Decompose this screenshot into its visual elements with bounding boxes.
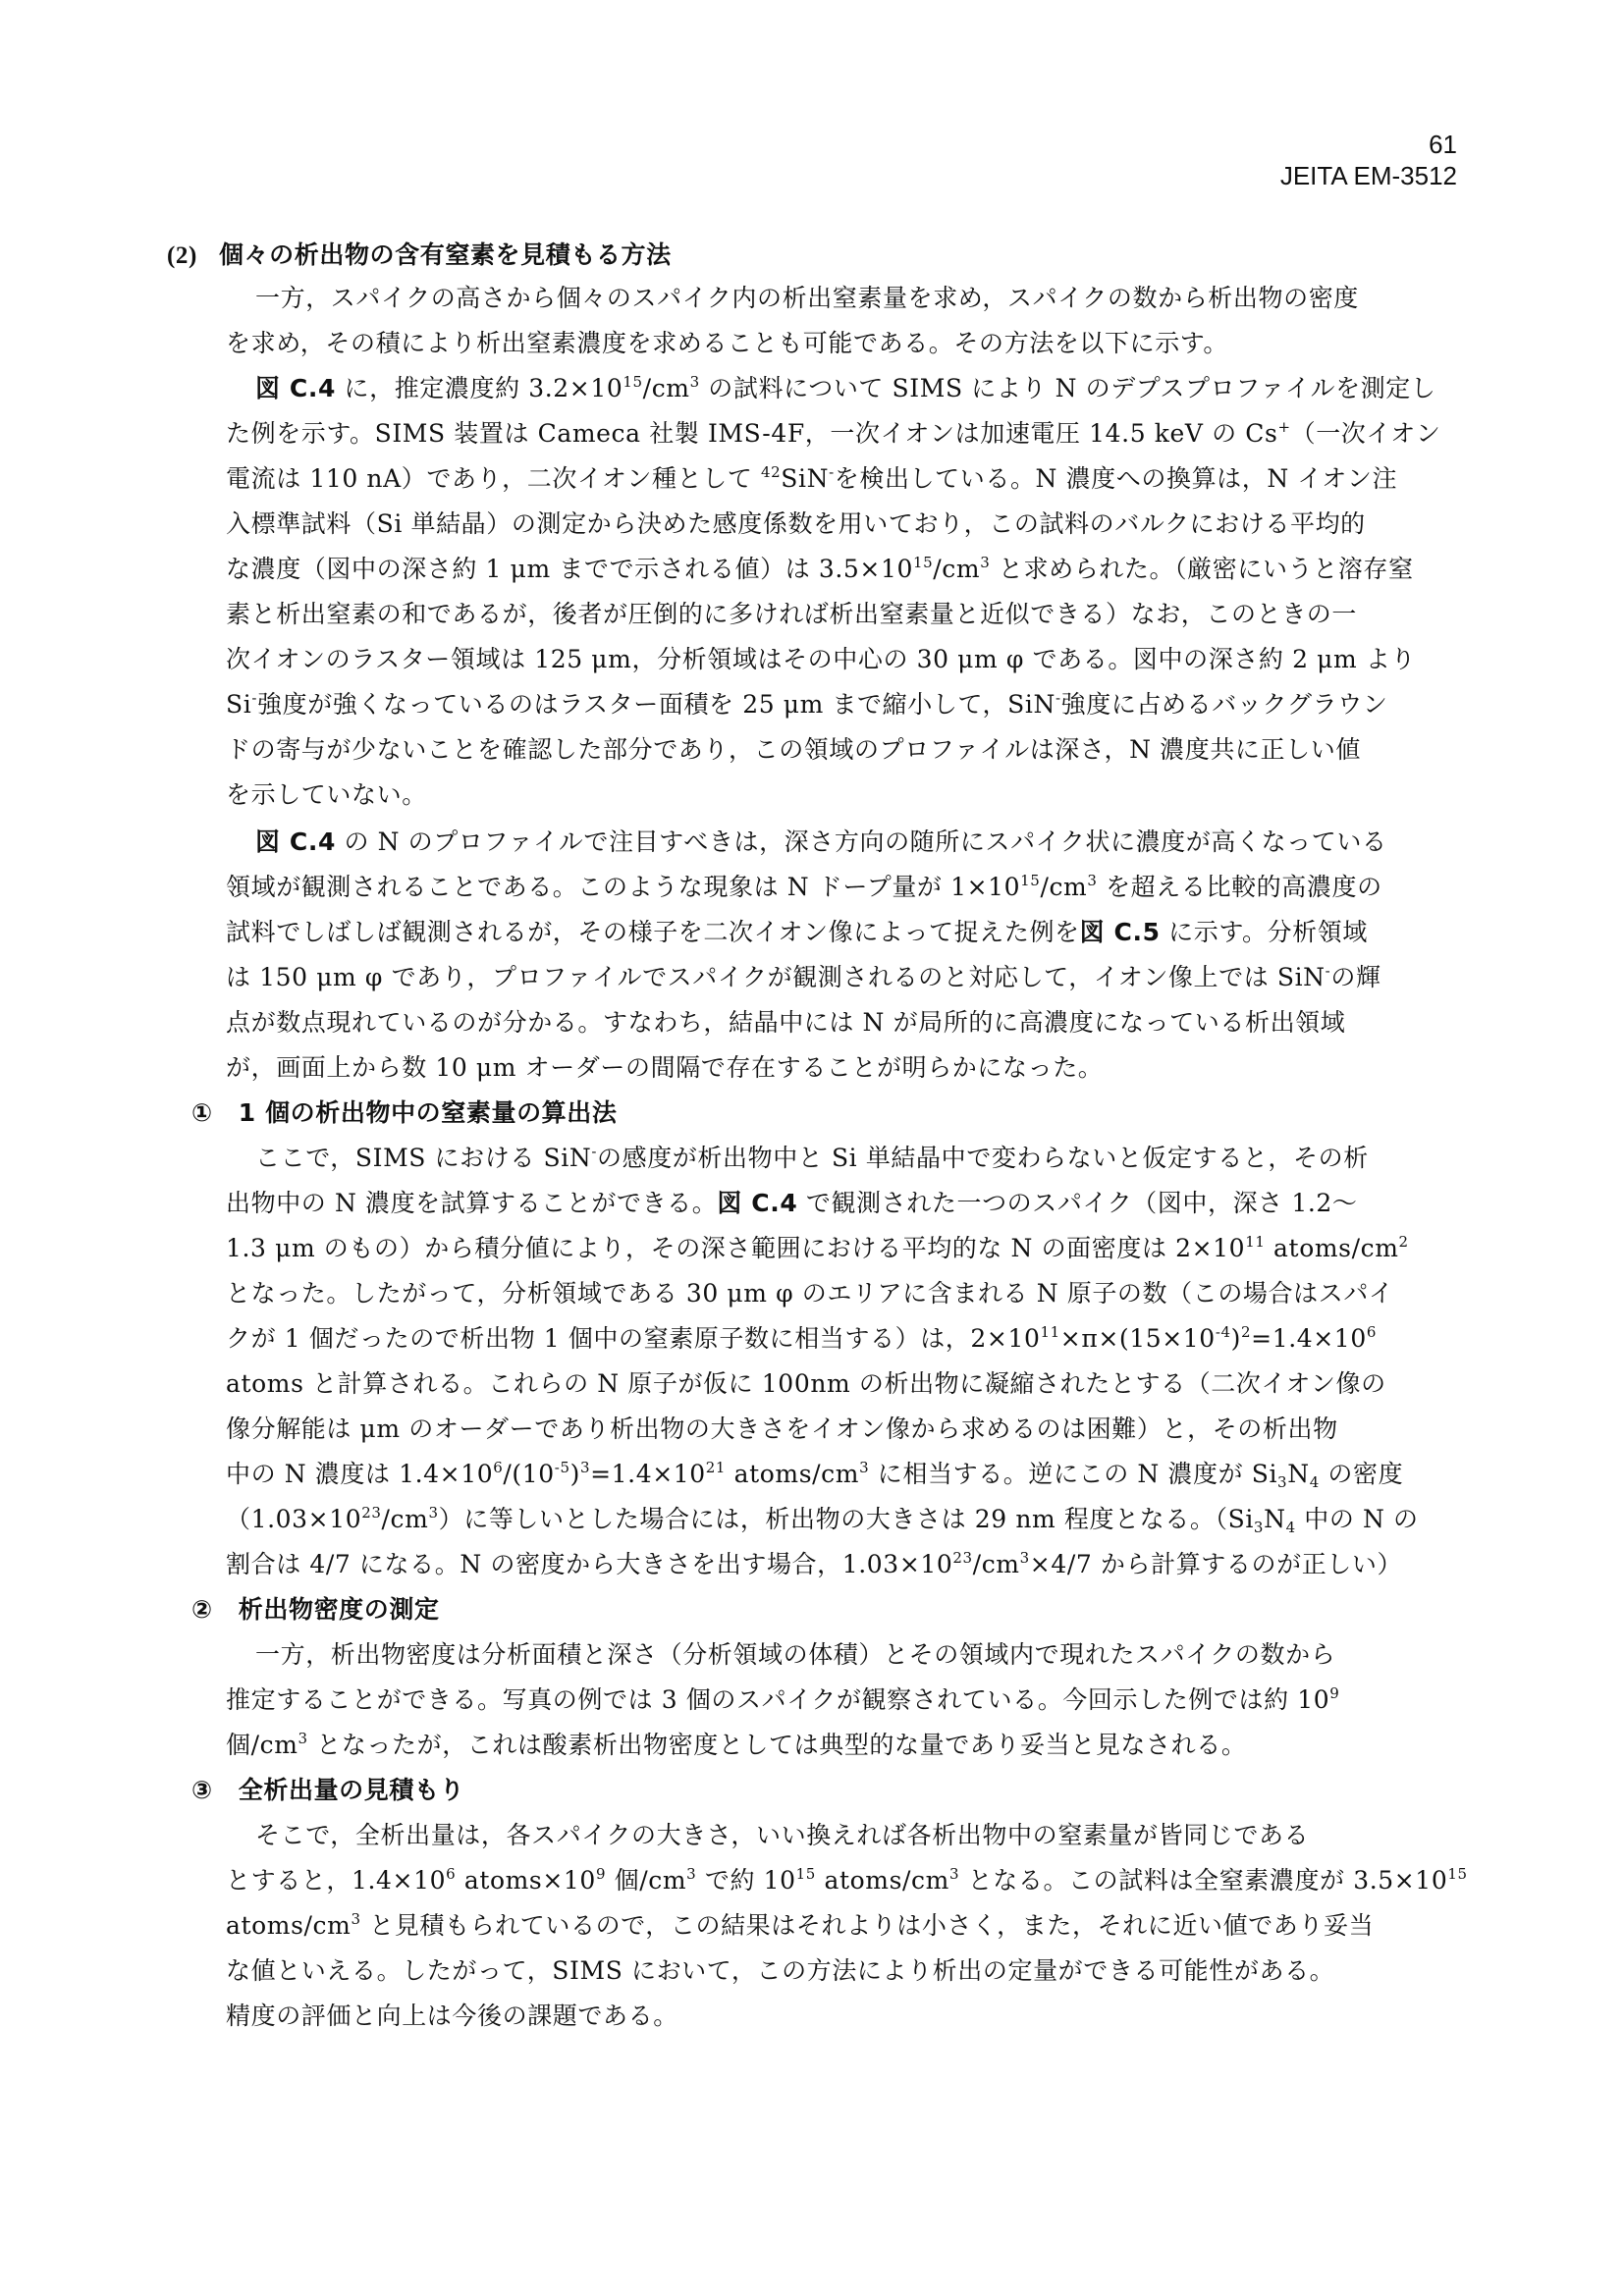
heading-label: 1 個の析出物中の窒素量の算出法 bbox=[239, 1098, 618, 1127]
text-run: を超える比較的高濃度の bbox=[1098, 873, 1382, 901]
text-line: クが 1 個だったので析出物 1 個中の窒素原子数に相当する）は，2×1011×… bbox=[226, 1319, 1377, 1359]
superscript: 23 bbox=[361, 1504, 381, 1522]
document-id: JEITA EM-3512 bbox=[1280, 159, 1457, 192]
text-run: ドの寄与が少ないことを確認した部分であり，この領域のプロファイルは深さ，N 濃度… bbox=[226, 735, 1361, 764]
text-line: 試料でしばしば観測されるが，その様子を二次イオン像によって捉えた例を図 C.5 … bbox=[226, 913, 1368, 952]
text-line: 像分解能は μm のオーダーであり析出物の大きさをイオン像から求めるのは困難）と… bbox=[226, 1410, 1338, 1449]
text-run: 像分解能は μm のオーダーであり析出物の大きさをイオン像から求めるのは困難）と… bbox=[226, 1415, 1338, 1443]
subscript: 4 bbox=[1286, 1519, 1296, 1536]
superscript: 3 bbox=[428, 1504, 438, 1522]
text-run: 個/cm bbox=[226, 1731, 298, 1759]
text-line: 割合は 4/7 になる。N の密度から大きさを出す場合，1.03×1023/cm… bbox=[226, 1545, 1402, 1584]
text-line: な値といえる。したがって，SIMS において，この方法により析出の定量ができる可… bbox=[226, 1951, 1334, 1991]
text-line: 素と析出窒素の和であるが，後者が圧倒的に多ければ析出窒素量と近似できる）なお，こ… bbox=[226, 595, 1357, 634]
text-run: （一次イオン bbox=[1291, 419, 1441, 448]
text-line: 一方，析出物密度は分析面積と深さ（分析領域の体積）とその領域内で現れたスパイクの… bbox=[255, 1635, 1335, 1675]
text-line: とすると，1.4×106 atoms×109 個/cm3 で約 1015 ato… bbox=[226, 1861, 1468, 1900]
superscript: 3 bbox=[686, 1865, 696, 1883]
superscript: -5 bbox=[555, 1459, 570, 1476]
superscript: 11 bbox=[1245, 1233, 1265, 1251]
superscript: -4 bbox=[1216, 1323, 1231, 1341]
text-run: 試料でしばしば観測されるが，その様子を二次イオン像によって捉えた例を bbox=[226, 918, 1080, 946]
heading-label: 全析出量の見積もり bbox=[239, 1776, 464, 1804]
text-line: が，画面上から数 10 μm オーダーの間隔で存在することが明らかになった。 bbox=[226, 1048, 1103, 1088]
text-run: と求められた。（厳密にいうと溶存窒 bbox=[990, 555, 1413, 583]
superscript: 21 bbox=[706, 1459, 726, 1476]
text-run: 1.3 μm のもの）から積分値により，その深さ範囲における平均的な N の面密… bbox=[226, 1234, 1245, 1262]
text-run: （1.03×10 bbox=[226, 1505, 361, 1533]
heading-number: ① bbox=[191, 1098, 213, 1127]
text-line: そこで，全析出量は，各スパイクの大きさ，いい換えれば各析出物中の窒素量が皆同じで… bbox=[255, 1816, 1309, 1855]
superscript: 2 bbox=[1399, 1233, 1409, 1251]
text-run: 中の N 濃度は 1.4×10 bbox=[226, 1460, 493, 1488]
text-run: /cm bbox=[973, 1550, 1020, 1578]
text-run: を求め，その積により析出窒素濃度を求めることも可能である。その方法を以下に示す。 bbox=[226, 329, 1228, 357]
text-line: となった。したがって，分析領域である 30 μm φ のエリアに含まれる N 原… bbox=[226, 1274, 1394, 1313]
superscript: 15 bbox=[1447, 1865, 1467, 1883]
text-line: atoms/cm3 と見積もられているので，この結果はそれよりは小さく，また，そ… bbox=[226, 1906, 1374, 1946]
superscript: 3 bbox=[690, 373, 700, 391]
text-run: 個/cm bbox=[606, 1866, 686, 1895]
text-run: N bbox=[1264, 1505, 1285, 1533]
text-run: ) bbox=[570, 1460, 580, 1488]
text-line: を求め，その積により析出窒素濃度を求めることも可能である。その方法を以下に示す。 bbox=[226, 324, 1228, 363]
text-run: とすると，1.4×10 bbox=[226, 1866, 446, 1895]
superscript: 3 bbox=[298, 1730, 308, 1747]
text-run: は 150 μm φ であり，プロファイルでスパイクが観測されるのと対応して，イ… bbox=[226, 963, 1326, 991]
superscript: 9 bbox=[596, 1865, 606, 1883]
superscript: 42 bbox=[761, 463, 781, 481]
text-run: SiN bbox=[781, 464, 829, 493]
text-run: /cm bbox=[933, 555, 980, 583]
text-run: の試料について SIMS により N のデプスプロファイルを測定し bbox=[700, 374, 1436, 402]
text-run: に相当する。逆にこの N 濃度が Si bbox=[869, 1460, 1277, 1488]
text-run: の N のプロファイルで注目すべきは，深さ方向の随所にスパイク状に濃度が高くなっ… bbox=[336, 828, 1387, 856]
superscript: 3 bbox=[1020, 1549, 1030, 1567]
text-run: ここで，SIMS における SiN bbox=[255, 1144, 591, 1172]
text-run: atoms×10 bbox=[456, 1866, 596, 1895]
text-run: を示していない。 bbox=[226, 780, 427, 809]
figure-reference: 図 C.4 bbox=[255, 374, 336, 402]
heading-number: ③ bbox=[191, 1776, 213, 1804]
subsection-heading: ①1 個の析出物中の窒素量の算出法 bbox=[191, 1094, 617, 1133]
text-run: 精度の評価と向上は今後の課題である。 bbox=[226, 2002, 678, 2030]
text-run: ) bbox=[1231, 1324, 1241, 1353]
superscript: 3 bbox=[1087, 872, 1097, 889]
text-run: /(10 bbox=[503, 1460, 554, 1488]
text-run: =1.4×10 bbox=[1251, 1324, 1367, 1353]
superscript: 15 bbox=[623, 373, 642, 391]
text-run: atoms/cm bbox=[226, 1911, 351, 1940]
text-run: /cm bbox=[382, 1505, 429, 1533]
heading-label: 個々の析出物の含有窒素を見積もる方法 bbox=[219, 240, 672, 269]
text-line: 図 C.4 の N のプロファイルで注目すべきは，深さ方向の随所にスパイク状に濃… bbox=[255, 823, 1387, 862]
text-run: に示す。分析領域 bbox=[1161, 918, 1368, 946]
superscript: 15 bbox=[913, 554, 933, 571]
text-run: で約 10 bbox=[696, 1866, 795, 1895]
text-line: 出物中の N 濃度を試算することができる。図 C.4 で観測された一つのスパイク… bbox=[226, 1184, 1357, 1223]
text-line: は 150 μm φ であり，プロファイルでスパイクが観測されるのと対応して，イ… bbox=[226, 958, 1381, 997]
text-run: と見積もられているので，この結果はそれよりは小さく，また，それに近い値であり妥当 bbox=[361, 1911, 1375, 1940]
superscript: 3 bbox=[859, 1459, 869, 1476]
superscript: 3 bbox=[351, 1910, 360, 1928]
figure-reference: 図 C.4 bbox=[717, 1189, 797, 1217]
text-run: た例を示す。SIMS 装置は Cameca 社製 IMS-4F，一次イオンは加速… bbox=[226, 419, 1277, 448]
text-run: で観測された一つのスパイク（図中，深さ 1.2～ bbox=[797, 1189, 1357, 1217]
text-run: 点が数点現れているのが分かる。すなわち，結晶中には N が局所的に高濃度になって… bbox=[226, 1008, 1345, 1037]
subsection-heading: ②析出物密度の測定 bbox=[191, 1590, 440, 1629]
text-run: 領域が観測されることである。このような現象は N ドープ量が 1×10 bbox=[226, 873, 1020, 901]
subscript: 3 bbox=[1277, 1473, 1287, 1491]
text-run: 素と析出窒素の和であるが，後者が圧倒的に多ければ析出窒素量と近似できる）なお，こ… bbox=[226, 600, 1357, 628]
text-run: が，画面上から数 10 μm オーダーの間隔で存在することが明らかになった。 bbox=[226, 1053, 1103, 1082]
superscript: 3 bbox=[980, 554, 990, 571]
text-run: な値といえる。したがって，SIMS において，この方法により析出の定量ができる可… bbox=[226, 1956, 1334, 1985]
text-run: 電流は 110 nA）であり，二次イオン種として bbox=[226, 464, 761, 493]
text-run: N bbox=[1287, 1460, 1309, 1488]
text-run: に，推定濃度約 3.2×10 bbox=[336, 374, 623, 402]
text-line: な濃度（図中の深さ約 1 μm までで示される値）は 3.5×1015/cm3 … bbox=[226, 550, 1414, 589]
text-run: 割合は 4/7 になる。N の密度から大きさを出す場合，1.03×10 bbox=[226, 1550, 952, 1578]
text-line: 一方，スパイクの高さから個々のスパイク内の析出窒素量を求め，スパイクの数から析出… bbox=[255, 279, 1359, 318]
heading-number: ② bbox=[191, 1595, 213, 1624]
text-run: /cm bbox=[643, 374, 690, 402]
text-run: そこで，全析出量は，各スパイクの大きさ，いい換えれば各析出物中の窒素量が皆同じで… bbox=[255, 1821, 1309, 1849]
text-line: 入標準試料（Si 単結晶）の測定から決めた感度係数を用いており，この試料のバルク… bbox=[226, 505, 1366, 544]
text-run: の輝 bbox=[1330, 963, 1380, 991]
text-run: atoms/cm bbox=[1266, 1234, 1399, 1262]
figure-reference: 図 C.5 bbox=[1080, 918, 1161, 946]
text-line: 中の N 濃度は 1.4×106/(10-5)3=1.4×1021 atoms/… bbox=[226, 1455, 1403, 1494]
text-line: atoms と計算される。これらの N 原子が仮に 100nm の析出物に凝縮さ… bbox=[226, 1364, 1386, 1404]
text-line: を示していない。 bbox=[226, 775, 427, 815]
text-line: 領域が観測されることである。このような現象は N ドープ量が 1×1015/cm… bbox=[226, 868, 1382, 907]
superscript: 6 bbox=[446, 1865, 456, 1883]
superscript: 23 bbox=[952, 1549, 972, 1567]
text-run: atoms/cm bbox=[816, 1866, 949, 1895]
superscript: 6 bbox=[493, 1459, 503, 1476]
text-run: /cm bbox=[1040, 873, 1087, 901]
subsection-heading: ③全析出量の見積もり bbox=[191, 1771, 464, 1810]
text-run: 推定することができる。写真の例では 3 個のスパイクが観察されている。今回示した… bbox=[226, 1685, 1329, 1714]
superscript: 2 bbox=[1241, 1323, 1251, 1341]
text-run: ×4/7 から計算するのが正しい） bbox=[1030, 1550, 1402, 1578]
superscript: 15 bbox=[1020, 872, 1040, 889]
text-run: atoms と計算される。これらの N 原子が仮に 100nm の析出物に凝縮さ… bbox=[226, 1369, 1386, 1398]
text-line: 次イオンのラスター領域は 125 μm，分析領域はその中心の 30 μm φ で… bbox=[226, 640, 1416, 679]
superscript: 9 bbox=[1329, 1684, 1339, 1702]
superscript: 3 bbox=[949, 1865, 959, 1883]
page-number: 61 bbox=[1429, 128, 1457, 161]
text-line: ここで，SIMS における SiN-の感度が析出物中と Si 単結晶中で変わらな… bbox=[255, 1139, 1369, 1178]
text-line: た例を示す。SIMS 装置は Cameca 社製 IMS-4F，一次イオンは加速… bbox=[226, 414, 1440, 454]
superscript: 11 bbox=[1040, 1323, 1059, 1341]
subscript: 3 bbox=[1254, 1519, 1264, 1536]
superscript: 15 bbox=[796, 1865, 816, 1883]
text-line: 個/cm3 となったが，これは酸素析出物密度としては典型的な量であり妥当と見なさ… bbox=[226, 1726, 1246, 1765]
text-line: 精度の評価と向上は今後の課題である。 bbox=[226, 1997, 678, 2036]
text-run: 強度が強くなっているのはラスター面積を 25 μm まで縮小して，SiN bbox=[257, 690, 1056, 719]
text-run: クが 1 個だったので析出物 1 個中の窒素原子数に相当する）は，2×10 bbox=[226, 1324, 1040, 1353]
text-line: 推定することができる。写真の例では 3 個のスパイクが観察されている。今回示した… bbox=[226, 1681, 1339, 1720]
superscript: 3 bbox=[580, 1459, 590, 1476]
subscript: 4 bbox=[1310, 1473, 1320, 1491]
text-run: 中の N の bbox=[1296, 1505, 1419, 1533]
text-line: 電流は 110 nA）であり，二次イオン種として 42SiN-を検出している。N… bbox=[226, 459, 1397, 499]
text-run: 一方，析出物密度は分析面積と深さ（分析領域の体積）とその領域内で現れたスパイクの… bbox=[255, 1640, 1335, 1669]
text-run: 次イオンのラスター領域は 125 μm，分析領域はその中心の 30 μm φ で… bbox=[226, 645, 1416, 673]
text-run: 入標準試料（Si 単結晶）の測定から決めた感度係数を用いており，この試料のバルク… bbox=[226, 509, 1366, 538]
text-line: 図 C.4 に，推定濃度約 3.2×1015/cm3 の試料について SIMS … bbox=[255, 369, 1436, 408]
text-line: （1.03×1023/cm3）に等しいとした場合には，析出物の大きさは 29 n… bbox=[226, 1500, 1419, 1539]
heading-number: (2) bbox=[167, 242, 197, 269]
text-run: 出物中の N 濃度を試算することができる。 bbox=[226, 1189, 717, 1217]
text-line: 1.3 μm のもの）から積分値により，その深さ範囲における平均的な N の面密… bbox=[226, 1229, 1409, 1268]
text-run: =1.4×10 bbox=[590, 1460, 706, 1488]
text-run: となる。この試料は全窒素濃度が 3.5×10 bbox=[959, 1866, 1447, 1895]
superscript: 6 bbox=[1367, 1323, 1377, 1341]
text-run: を検出している。N 濃度への換算は，N イオン注 bbox=[835, 464, 1397, 493]
text-run: となった。したがって，分析領域である 30 μm φ のエリアに含まれる N 原… bbox=[226, 1279, 1394, 1308]
figure-reference: 図 C.4 bbox=[255, 828, 336, 856]
text-run: の感度が析出物中と Si 単結晶中で変わらないと仮定すると，その析 bbox=[597, 1144, 1369, 1172]
text-run: の密度 bbox=[1320, 1460, 1403, 1488]
section-heading: (2)個々の析出物の含有窒素を見積もる方法 bbox=[167, 236, 672, 276]
text-run: 一方，スパイクの高さから個々のスパイク内の析出窒素量を求め，スパイクの数から析出… bbox=[255, 284, 1359, 312]
text-run: Si bbox=[226, 690, 251, 719]
text-run: な濃度（図中の深さ約 1 μm までで示される値）は 3.5×10 bbox=[226, 555, 913, 583]
text-line: ドの寄与が少ないことを確認した部分であり，この領域のプロファイルは深さ，N 濃度… bbox=[226, 730, 1361, 770]
text-line: Si-強度が強くなっているのはラスター面積を 25 μm まで縮小して，SiN-… bbox=[226, 685, 1387, 724]
text-run: 強度に占めるバックグラウン bbox=[1061, 690, 1388, 719]
heading-label: 析出物密度の測定 bbox=[239, 1595, 440, 1624]
text-run: atoms/cm bbox=[726, 1460, 859, 1488]
text-line: 点が数点現れているのが分かる。すなわち，結晶中には N が局所的に高濃度になって… bbox=[226, 1003, 1345, 1042]
text-run: ×π×(15×10 bbox=[1060, 1324, 1216, 1353]
text-run: ）に等しいとした場合には，析出物の大きさは 29 nm 程度となる。（Si bbox=[439, 1505, 1254, 1533]
superscript: + bbox=[1277, 418, 1290, 436]
text-run: となったが，これは酸素析出物密度としては典型的な量であり妥当と見なされる。 bbox=[308, 1731, 1247, 1759]
